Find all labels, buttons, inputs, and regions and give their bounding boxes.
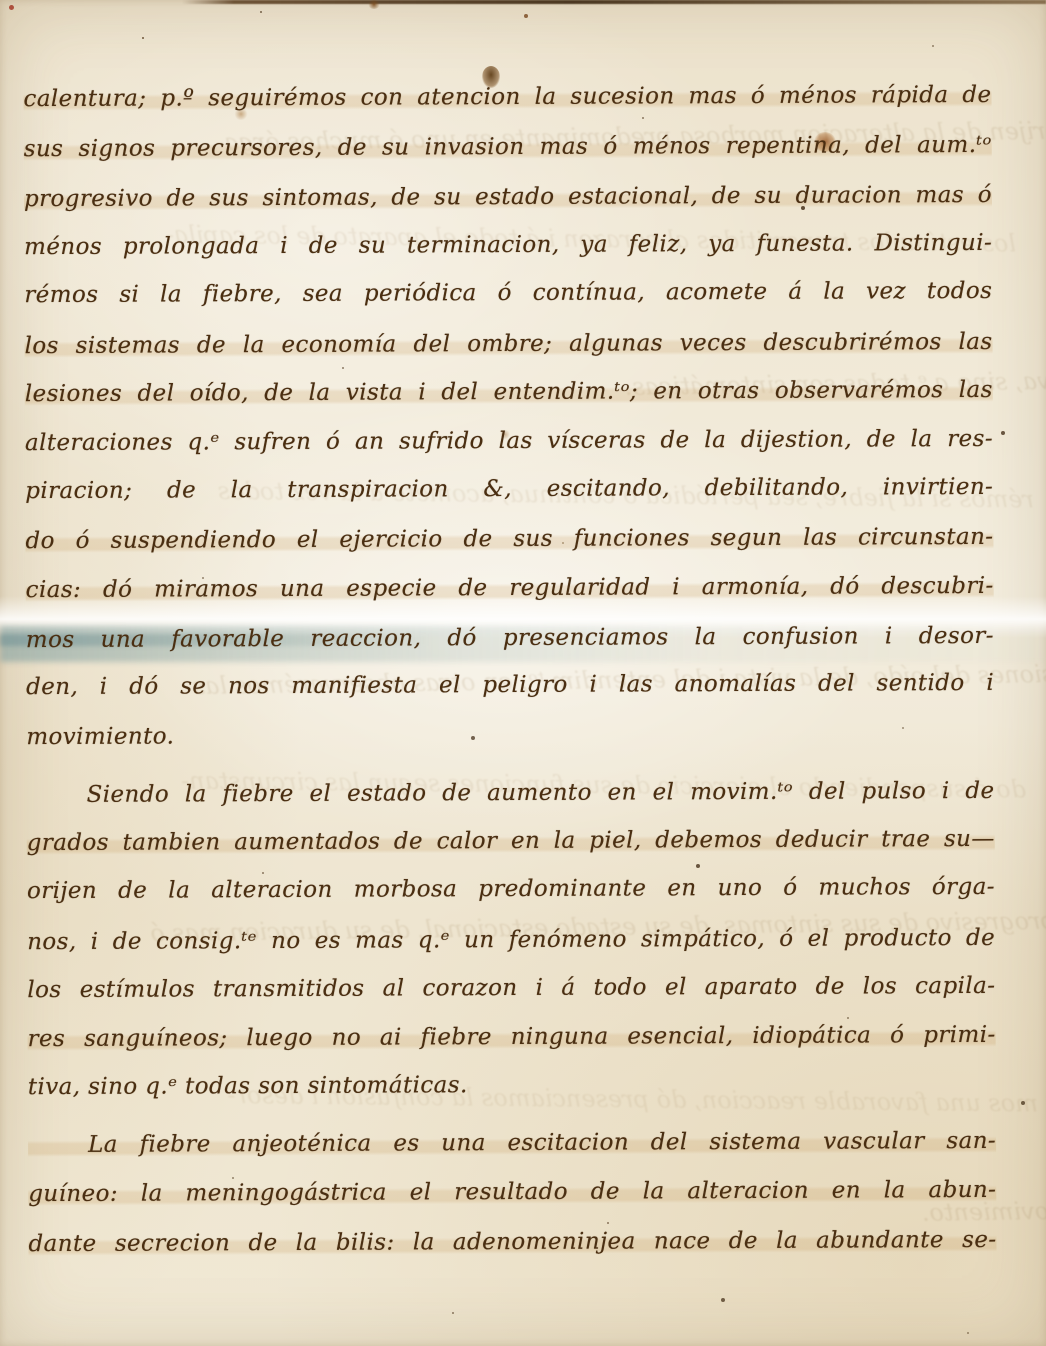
page-top-edge: [182, 0, 1046, 4]
manuscript-line: rémos si la fiebre, sea periódica ó cont…: [24, 267, 992, 320]
manuscript-line: alteraciones q.ᵉ sufren ó an sufrido las…: [25, 415, 993, 468]
manuscript-line: cias: dó miramos una especie de regulari…: [26, 562, 994, 615]
manuscript-line: tiva, sino q.ᵉ todas son sintomáticas.: [28, 1059, 996, 1112]
manuscript-line: grados tambien aumentados de calor en la…: [27, 815, 995, 868]
manuscript-line: calentura; p.º seguirémos con atencion l…: [23, 71, 991, 124]
manuscript-line: sus signos precursores, de su invasion m…: [24, 121, 992, 174]
manuscript-line: los sistemas de la economía del ombre; a…: [24, 318, 992, 371]
manuscript-line: ménos prolongada i de su terminacion, ya…: [24, 219, 992, 272]
manuscript-line: progresivo de sus sintomas, de su estado…: [24, 171, 992, 224]
manuscript-line: mos una favorable reaccion, dó presencia…: [26, 612, 994, 665]
manuscript-line: piracion; de la transpiracion &, escitan…: [25, 463, 993, 516]
manuscript-line: los estímulos transmitidos al corazon i …: [27, 962, 995, 1015]
manuscript-line: dante secrecion de la bilis: la adenomen…: [28, 1216, 996, 1269]
manuscript-line: nos, i de consig.ᵗᵉ no es mas q.ᵉ un fen…: [27, 914, 995, 967]
red-speck: [9, 5, 14, 10]
manuscript-line: La fiebre anjeoténica es una escitacion …: [28, 1117, 996, 1170]
manuscript-line: Siendo la fiebre el estado de aumento en…: [26, 767, 994, 820]
paper-speckles: [142, 37, 144, 39]
manuscript-line: lesiones del oído, de la vista i del ent…: [25, 366, 993, 419]
manuscript-line: do ó suspendiendo el ejercicio de sus fu…: [25, 513, 993, 566]
manuscript-text: calentura; p.º seguirémos con atencion l…: [23, 72, 996, 1268]
manuscript-page: orijen de la alteracion morbosa predomin…: [0, 0, 1046, 1346]
manuscript-line: den, i dó se nos manifiesta el peligro i…: [26, 659, 994, 712]
manuscript-line: movimiento.: [26, 709, 994, 762]
manuscript-line: res sanguíneos; luego no ai fiebre ningu…: [28, 1011, 996, 1064]
manuscript-line: orijen de la alteracion morbosa predomin…: [27, 863, 995, 916]
manuscript-line: guíneo: la meningogástrica el resultado …: [28, 1166, 996, 1219]
